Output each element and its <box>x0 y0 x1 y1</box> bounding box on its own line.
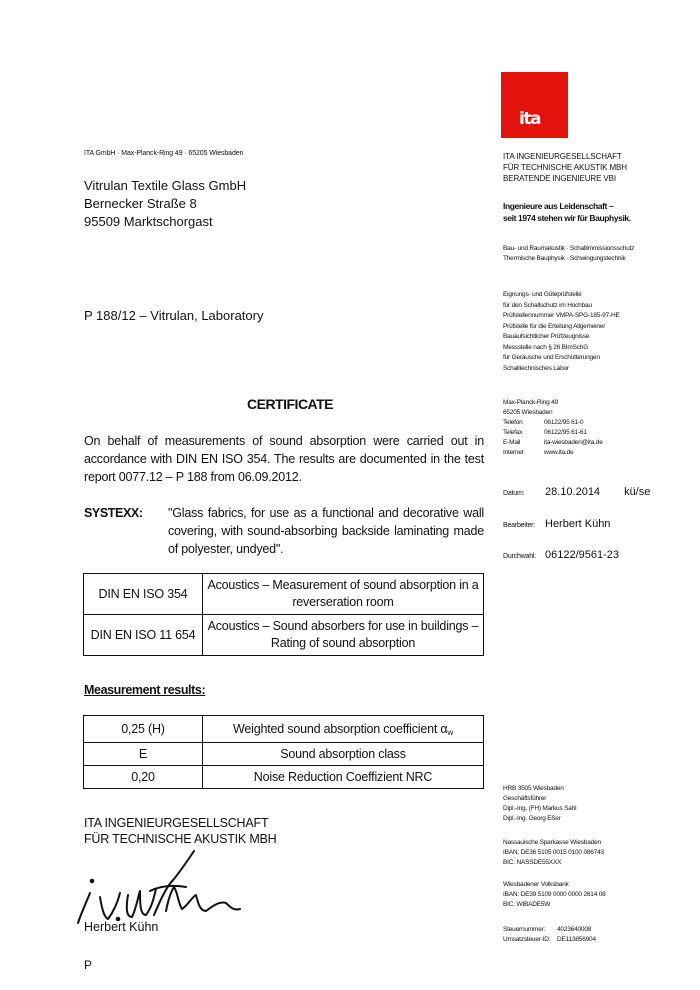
vat-id: Umsatzsteuer-ID:DE113856904 <box>503 935 596 945</box>
result-subscript: w <box>447 728 453 737</box>
ita-logo: ita <box>501 72 568 138</box>
product-label: SYSTEXX: <box>84 504 143 522</box>
address-line: Max-Planck-Ring 49 <box>503 398 603 408</box>
recipient-street: Bernecker Straße 8 <box>84 195 246 213</box>
register-block: HRB 3505 Wiesbaden Geschäftsführer Dipl.… <box>503 784 576 824</box>
result-value: 0,25 (H) <box>84 716 203 743</box>
recipient-city: 95509 Marktschorgast <box>84 213 246 231</box>
address-line: 65205 Wiesbaden <box>503 408 603 418</box>
contact-phone: Telefon06122/95 61-0 <box>503 418 603 428</box>
contact-block: Max-Planck-Ring 49 65205 Wiesbaden Telef… <box>503 398 603 458</box>
website-link[interactable]: www.ita.de <box>544 448 573 458</box>
direct-dial-field: Durchwahl:06122/9561-23 <box>503 549 619 561</box>
result-value: 0,20 <box>84 766 203 789</box>
editor-field: Bearbeiter:Herbert Kühn <box>503 518 610 530</box>
standard-code: DIN EN ISO 11 654 <box>84 615 203 656</box>
sender-address-line: ITA GmbH · Max-Planck-Ring 49 · 65205 Wi… <box>84 150 243 157</box>
recipient-address: Vitrulan Textile Glass GmbH Bernecker St… <box>84 177 246 231</box>
standard-code: DIN EN ISO 354 <box>84 574 203 615</box>
table-row: 0,20 Noise Reduction Coeffizient NRC <box>84 766 484 789</box>
logo-text: ita <box>519 109 540 129</box>
signer-name: Herbert Kühn <box>84 920 158 934</box>
accreditation-block: Eignungs- und Güteprüfstelle für den Sch… <box>503 290 620 374</box>
editor-value: Herbert Kühn <box>545 518 610 530</box>
services-list: Bau- und Raumakustik · Schallimmissionss… <box>503 244 634 264</box>
bank-details-1: Nassauische Sparkasse Wiesbaden IBAN: DE… <box>503 838 604 868</box>
contact-fax: Telefax06122/95 61-61 <box>503 428 603 438</box>
table-row: E Sound absorption class <box>84 743 484 766</box>
closing-company: ITA INGENIEURGESELLSCHAFT FÜR TECHNISCHE… <box>84 815 277 847</box>
results-heading: Measurement results: <box>84 683 205 697</box>
email-link[interactable]: ita-wiesbaden@ita.de <box>544 438 603 448</box>
product-text: "Glass fabrics, for use as a functional … <box>168 504 484 558</box>
page-marker: P <box>84 958 92 972</box>
intro-paragraph: On behalf of measurements of sound absor… <box>84 432 484 486</box>
standard-title: Acoustics – Sound absorbers for use in b… <box>203 615 484 656</box>
contact-email: E-Mailita-wiesbaden@ita.de <box>503 438 603 448</box>
contact-website: Internetwww.ita.de <box>503 448 603 458</box>
result-label: Weighted sound absorption coefficient αw <box>203 716 484 743</box>
bank-details-2: Wiesbadener Volksbank IBAN: DE39 5109 00… <box>503 880 606 910</box>
standards-table: DIN EN ISO 354 Acoustics – Measurement o… <box>83 573 484 656</box>
result-value: E <box>84 743 203 766</box>
date-field: Datum:28.10.2014kü/se <box>503 486 650 498</box>
direct-dial-value: 06122/9561-23 <box>545 549 619 561</box>
reference-line: P 188/12 – Vitrulan, Laboratory <box>84 308 263 323</box>
certificate-title: CERTIFICATE <box>247 396 333 412</box>
table-row: DIN EN ISO 354 Acoustics – Measurement o… <box>84 574 484 615</box>
result-label: Sound absorption class <box>203 743 484 766</box>
company-name-block: ITA INGENIEURGESELLSCHAFT FÜR TECHNISCHE… <box>503 151 627 184</box>
initials: kü/se <box>624 486 650 498</box>
tax-number: Steuernummer:4023640008 <box>503 925 596 935</box>
recipient-name: Vitrulan Textile Glass GmbH <box>84 177 246 195</box>
result-label: Noise Reduction Coeffizient NRC <box>203 766 484 789</box>
table-row: 0,25 (H) Weighted sound absorption coeff… <box>84 716 484 743</box>
results-table: 0,25 (H) Weighted sound absorption coeff… <box>83 715 484 789</box>
date-value: 28.10.2014 <box>545 486 600 498</box>
company-slogan: Ingenieure aus Leidenschaft – seit 1974 … <box>503 200 631 224</box>
standard-title: Acoustics – Measurement of sound absorpt… <box>203 574 484 615</box>
tax-block: Steuernummer:4023640008 Umsatzsteuer-ID:… <box>503 925 596 945</box>
table-row: DIN EN ISO 11 654 Acoustics – Sound abso… <box>84 615 484 656</box>
